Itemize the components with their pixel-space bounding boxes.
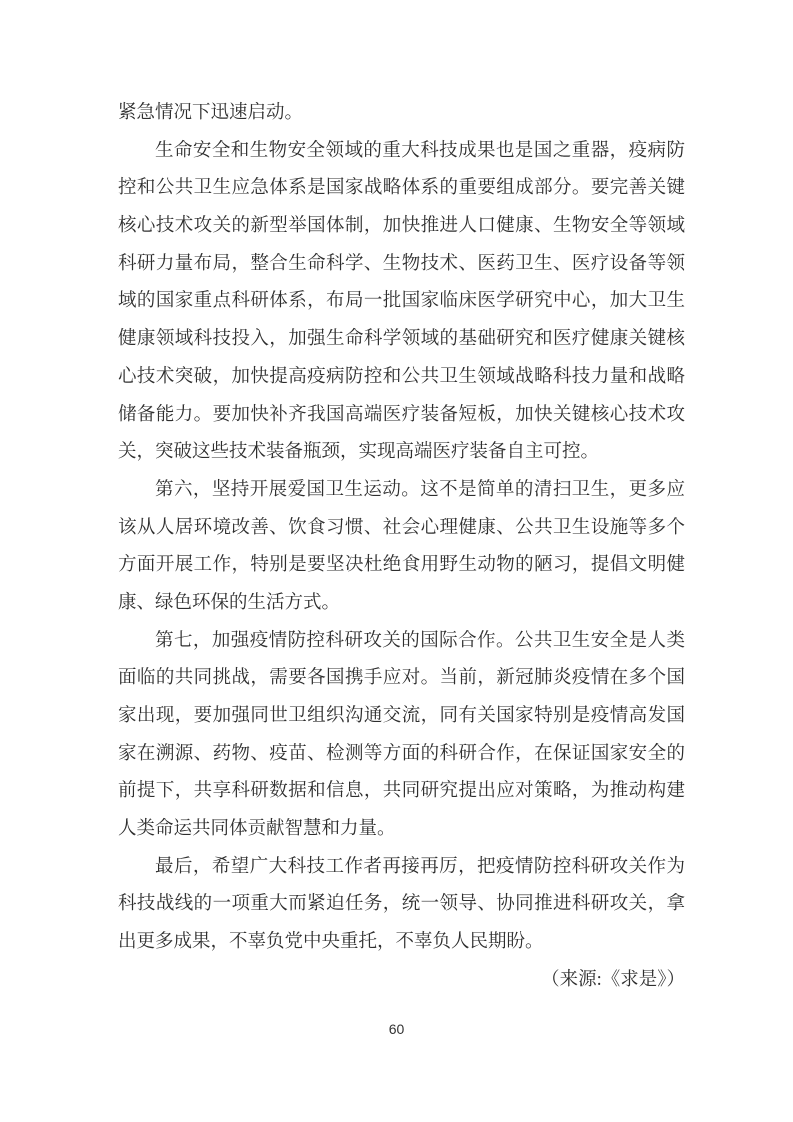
text-line: 方面开展工作，特别是要坚决杜绝食用野生动物的陋习，提倡文明健 (118, 547, 685, 585)
text-line: 第七，加强疫情防控科研攻关的国际合作。公共卫生安全是人类 (118, 623, 685, 661)
text-line: 前提下，共享科研数据和信息，共同研究提出应对策略，为推动构建 (118, 773, 685, 811)
text-line: 健康领域科技投入，加强生命科学领域的基础研究和医疗健康关键核 (118, 321, 685, 359)
text-line: 人类命运共同体贡献智慧和力量。 (118, 811, 685, 849)
text-line: 第六，坚持开展爱国卫生运动。这不是简单的清扫卫生，更多应 (118, 472, 685, 510)
text-line: 核心技术攻关的新型举国体制，加快推进人口健康、生物安全等领域 (118, 208, 685, 246)
text-line: 最后，希望广大科技工作者再接再厉，把疫情防控科研攻关作为 (118, 849, 685, 887)
text-line: 康、绿色环保的生活方式。 (118, 585, 685, 623)
text-line: （来源:《求是》） (118, 962, 685, 1000)
text-line: 出更多成果，不辜负党中央重托，不辜负人民期盼。 (118, 924, 685, 962)
text-line: 心技术突破，加快提高疫病防控和公共卫生领域战略科技力量和战略 (118, 359, 685, 397)
text-line: 家在溯源、药物、疫苗、检测等方面的科研合作，在保证国家安全的 (118, 736, 685, 774)
text-line: 生命安全和生物安全领域的重大科技成果也是国之重器，疫病防 (118, 133, 685, 171)
page-number: 60 (0, 1019, 793, 1039)
text-line: 控和公共卫生应急体系是国家战略体系的重要组成部分。要完善关键 (118, 170, 685, 208)
document-page: 紧急情况下迅速启动。生命安全和生物安全领域的重大科技成果也是国之重器，疫病防控和… (0, 0, 793, 1122)
text-line: 域的国家重点科研体系，布局一批国家临床医学研究中心，加大卫生 (118, 283, 685, 321)
text-line: 该从人居环境改善、饮食习惯、社会心理健康、公共卫生设施等多个 (118, 510, 685, 548)
text-line: 储备能力。要加快补齐我国高端医疗装备短板，加快关键核心技术攻 (118, 397, 685, 435)
text-line: 紧急情况下迅速启动。 (118, 95, 685, 133)
text-block: 紧急情况下迅速启动。生命安全和生物安全领域的重大科技成果也是国之重器，疫病防控和… (118, 95, 685, 1000)
text-line: 面临的共同挑战，需要各国携手应对。当前，新冠肺炎疫情在多个国 (118, 660, 685, 698)
text-line: 家出现，要加强同世卫组织沟通交流，同有关国家特别是疫情高发国 (118, 698, 685, 736)
text-line: 关，突破这些技术装备瓶颈，实现高端医疗装备自主可控。 (118, 434, 685, 472)
text-line: 科技战线的一项重大而紧迫任务，统一领导、协同推进科研攻关，拿 (118, 886, 685, 924)
text-line: 科研力量布局，整合生命科学、生物技术、医药卫生、医疗设备等领 (118, 246, 685, 284)
